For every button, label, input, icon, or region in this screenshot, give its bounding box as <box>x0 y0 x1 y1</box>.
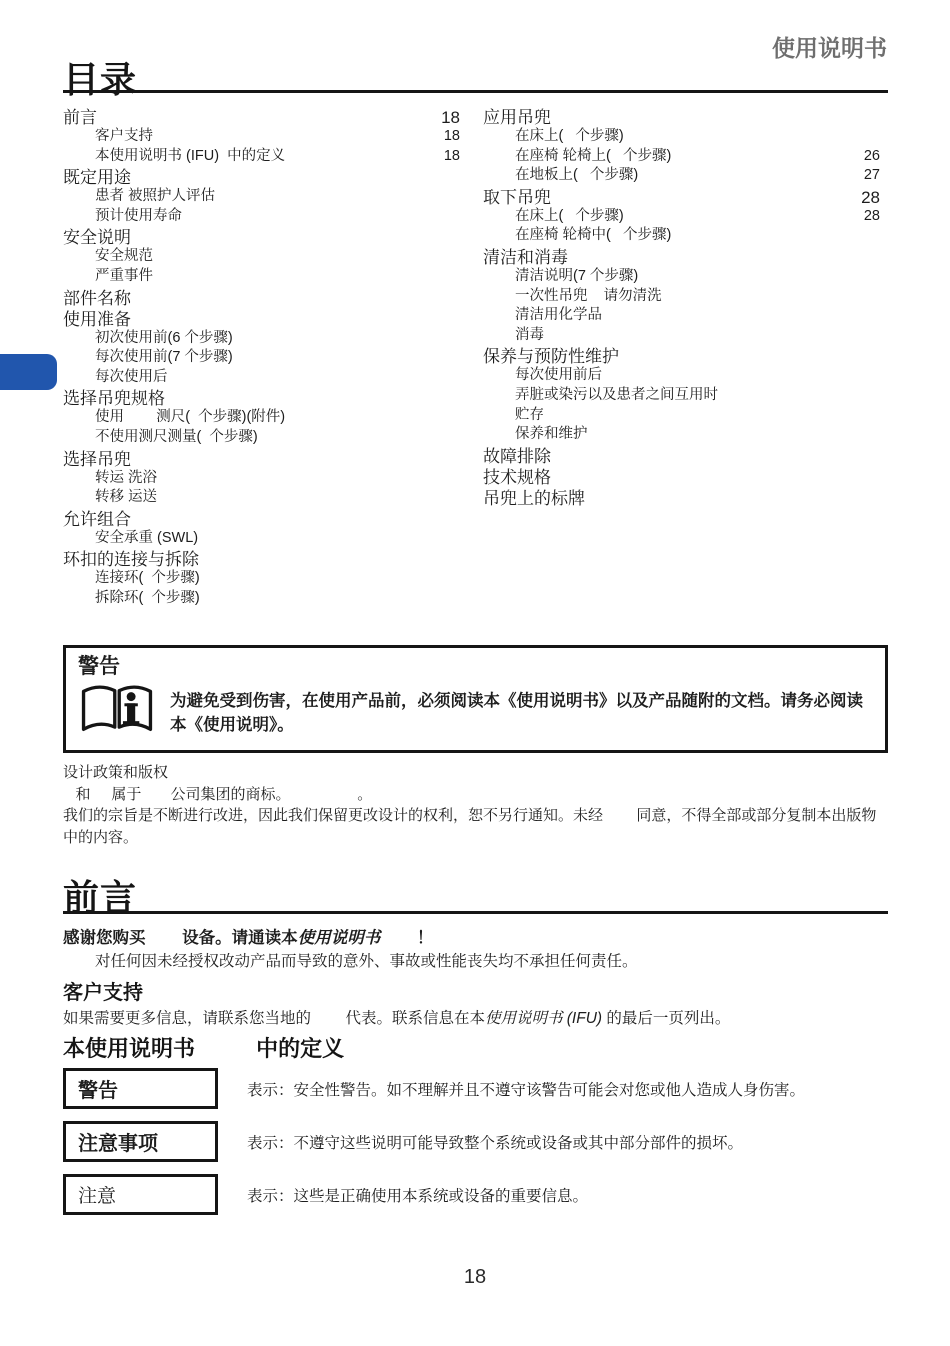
copyright-line: 和 属于 公司集团的商标。 。 <box>63 784 888 806</box>
toc-entry-label: 在地板上( 个步骤) <box>515 163 638 184</box>
thanks-pre: 感谢您购买 设备。请通读本 <box>63 929 298 947</box>
toc-entry-label: 患者 被照护人评估 <box>95 184 215 205</box>
toc-entry: 部件名称 <box>63 284 460 305</box>
toc-entry: 清洁和消毒 <box>483 243 880 264</box>
page-number: 18 <box>0 1266 950 1289</box>
toc-entry-label: 在座椅 轮椅上( 个步骤) <box>515 144 671 165</box>
support-post: 的最后一页列出。 <box>602 1010 730 1027</box>
toc-title-rule <box>63 90 888 93</box>
toc-entry: 应用吊兜 <box>483 103 880 124</box>
toc-entry: 转移 运送 <box>63 485 460 505</box>
toc-entry-label: 不使用测尺测量( 个步骤) <box>95 425 258 446</box>
toc-entry: 使用 测尺( 个步骤)(附件) <box>63 405 460 425</box>
toc-entry: 环扣的连接与拆除 <box>63 545 460 566</box>
support-pre: 如果需要更多信息，请联系您当地的 代表。联系信息在本 <box>63 1010 485 1027</box>
toc-entry: 在地板上( 个步骤)27 <box>483 163 880 183</box>
toc-entry: 连接环( 个步骤) <box>63 566 460 586</box>
copyright-block: 设计政策和版权 和 属于 公司集团的商标。 。我们的宗旨是不断进行改进，因此我们… <box>63 762 888 848</box>
toc-entry-label: 每次使用后 <box>95 365 168 386</box>
toc-entry: 吊兜上的标牌 <box>483 484 880 505</box>
toc-entry: 允许组合 <box>63 505 460 526</box>
toc-entry: 每次使用后 <box>63 365 460 385</box>
definition-text: 表示：不遵守这些说明可能导致整个系统或设备或其中部分部件的损坏。 <box>247 1131 743 1153</box>
toc-entry: 安全规范 <box>63 244 460 264</box>
toc-entry-label: 贮存 <box>515 403 544 424</box>
toc-entry-page: 26 <box>864 148 880 164</box>
toc-entry: 在座椅 轮椅上( 个步骤)26 <box>483 144 880 164</box>
definition-label-box: 注意事项 <box>63 1121 218 1162</box>
toc-entry-label: 每次使用前后 <box>515 363 602 384</box>
toc-entry-label: 一次性吊兜 请勿清洗 <box>515 284 662 305</box>
toc-entry-label: 在床上( 个步骤) <box>515 124 624 145</box>
toc-entry: 每次使用前后 <box>483 363 880 383</box>
toc-entry-label: 预计使用寿命 <box>95 204 182 225</box>
toc-entry-label: 初次使用前(6 个步骤) <box>95 326 233 347</box>
copyright-line: 我们的宗旨是不断进行改进，因此我们保留更改设计的权利，恕不另行通知。未经 同意，… <box>63 805 888 827</box>
toc-left-column: 前言18客户支持18本使用说明书 (IFU) 中的定义18既定用途患者 被照护人… <box>63 103 460 606</box>
toc-entry-page: 27 <box>864 167 880 183</box>
toc-entry: 本使用说明书 (IFU) 中的定义18 <box>63 144 460 164</box>
toc-entry-label: 弄脏或染污以及患者之间互用时 <box>515 383 718 404</box>
toc-entry-label: 在座椅 轮椅中( 个步骤) <box>515 223 671 244</box>
foreword-disclaimer: 对任何因未经授权改动产品而导致的意外、事故或性能丧失均不承担任何责任。 <box>95 949 638 971</box>
toc-entry: 选择吊兜 <box>63 445 460 466</box>
toc-entry-label: 安全规范 <box>95 244 153 265</box>
toc-entry: 在座椅 轮椅中( 个步骤) <box>483 223 880 243</box>
warning-box: 警告 为避免受到伤害，在使用产品前，必须阅读本《使用说明书》以及产品随附的文档。… <box>63 645 888 753</box>
toc-entry: 弄脏或染污以及患者之间互用时 <box>483 383 880 403</box>
toc-entry-label: 在床上( 个步骤) <box>515 204 624 225</box>
copyright-line: 设计政策和版权 <box>63 762 888 784</box>
toc-entry-label: 使用 测尺( 个步骤)(附件) <box>95 405 285 426</box>
toc-entry: 初次使用前(6 个步骤) <box>63 326 460 346</box>
toc-entry: 取下吊兜28 <box>483 183 880 204</box>
toc-entry-page: 18 <box>444 128 460 144</box>
toc-entry-label: 客户支持 <box>95 124 153 145</box>
warning-box-text: 为避免受到伤害，在使用产品前，必须阅读本《使用说明书》以及产品随附的文档。请务必… <box>170 689 873 737</box>
definition-text: 表示：安全性警告。如不理解并且不遵守该警告可能会对您或他人造成人身伤害。 <box>247 1078 805 1100</box>
toc-entry: 前言18 <box>63 103 460 124</box>
toc-entry-page: 18 <box>444 148 460 164</box>
toc-entry-label: 严重事件 <box>95 264 153 285</box>
thanks-post: ！ <box>380 929 433 947</box>
foreword-title-rule <box>63 911 888 914</box>
definition-row: 注意表示：这些是正确使用本系统或设备的重要信息。 <box>63 1174 888 1215</box>
definitions-list: 警告表示：安全性警告。如不理解并且不遵守该警告可能会对您或他人造成人身伤害。注意… <box>63 1068 888 1227</box>
definition-label-box: 注意 <box>63 1174 218 1215</box>
definition-row: 注意事项表示：不遵守这些说明可能导致整个系统或设备或其中部分部件的损坏。 <box>63 1121 888 1162</box>
toc-entry: 转运 洗浴 <box>63 466 460 486</box>
ifu-document-page: 使用说明书 目录 前言18客户支持18本使用说明书 (IFU) 中的定义18既定… <box>0 0 950 1346</box>
toc-entry: 严重事件 <box>63 264 460 284</box>
toc-entry: 预计使用寿命 <box>63 204 460 224</box>
thanks-italic: 使用说明书 <box>298 929 381 947</box>
toc-entry: 清洁说明(7 个步骤) <box>483 264 880 284</box>
toc-entry: 保养与预防性维护 <box>483 342 880 363</box>
toc-entry: 选择吊兜规格 <box>63 384 460 405</box>
consult-ifu-book-icon <box>78 681 156 744</box>
toc-entry: 患者 被照护人评估 <box>63 184 460 204</box>
toc-entry-label: 前言 <box>63 103 97 128</box>
toc-entry-label: 清洁说明(7 个步骤) <box>515 264 638 285</box>
definitions-title: 本使用说明书 中的定义 <box>63 1032 344 1063</box>
definition-row: 警告表示：安全性警告。如不理解并且不遵守该警告可能会对您或他人造成人身伤害。 <box>63 1068 888 1109</box>
copyright-line: 中的内容。 <box>63 827 888 849</box>
toc-entry: 保养和维护 <box>483 422 880 442</box>
toc-entry-label: 保养和维护 <box>515 422 588 443</box>
toc-entry: 故障排除 <box>483 442 880 463</box>
toc-entry: 安全承重 (SWL) <box>63 526 460 546</box>
toc-entry: 一次性吊兜 请勿清洗 <box>483 284 880 304</box>
toc-entry-page: 18 <box>441 108 460 128</box>
toc-right-column: 应用吊兜在床上( 个步骤)在座椅 轮椅上( 个步骤)26在地板上( 个步骤)27… <box>483 103 880 505</box>
toc-entry-label: 拆除环( 个步骤) <box>95 586 200 607</box>
customer-support-paragraph: 如果需要更多信息，请联系您当地的 代表。联系信息在本使用说明书 (IFU) 的最… <box>63 1006 730 1028</box>
toc-entry-page: 28 <box>861 188 880 208</box>
toc-entry: 客户支持18 <box>63 124 460 144</box>
chapter-tab-marker <box>0 354 57 390</box>
toc-entry-label: 转运 洗浴 <box>95 466 157 487</box>
toc-entry: 拆除环( 个步骤) <box>63 586 460 606</box>
warning-box-title: 警告 <box>78 654 873 680</box>
support-italic: 使用说明书 (IFU) <box>485 1010 602 1027</box>
toc-entry-label: 吊兜上的标牌 <box>483 484 585 509</box>
toc-entry: 在床上( 个步骤)28 <box>483 204 880 224</box>
toc-title: 目录 <box>63 52 137 103</box>
document-type-label: 使用说明书 <box>772 30 887 63</box>
foreword-thanks-line: 感谢您购买 设备。请通读本使用说明书 ！ <box>63 924 433 948</box>
definition-text: 表示：这些是正确使用本系统或设备的重要信息。 <box>247 1184 588 1206</box>
toc-entry: 使用准备 <box>63 305 460 326</box>
toc-entry-label: 清洁用化学品 <box>515 303 602 324</box>
toc-entry: 技术规格 <box>483 463 880 484</box>
toc-entry-label: 每次使用前(7 个步骤) <box>95 345 233 366</box>
toc-entry: 不使用测尺测量( 个步骤) <box>63 425 460 445</box>
toc-entry-label: 连接环( 个步骤) <box>95 566 200 587</box>
toc-entry-page: 28 <box>864 208 880 224</box>
definition-label-box: 警告 <box>63 1068 218 1109</box>
toc-entry-label: 消毒 <box>515 323 544 344</box>
toc-entry-label: 转移 运送 <box>95 485 157 506</box>
toc-entry: 安全说明 <box>63 223 460 244</box>
customer-support-title: 客户支持 <box>63 976 143 1005</box>
toc-entry: 贮存 <box>483 403 880 423</box>
toc-entry: 清洁用化学品 <box>483 303 880 323</box>
toc-entry-label: 本使用说明书 (IFU) 中的定义 <box>95 144 285 165</box>
toc-entry: 消毒 <box>483 323 880 343</box>
toc-entry: 在床上( 个步骤) <box>483 124 880 144</box>
toc-entry: 每次使用前(7 个步骤) <box>63 345 460 365</box>
toc-entry-label: 安全承重 (SWL) <box>95 526 198 547</box>
toc-entry: 既定用途 <box>63 163 460 184</box>
